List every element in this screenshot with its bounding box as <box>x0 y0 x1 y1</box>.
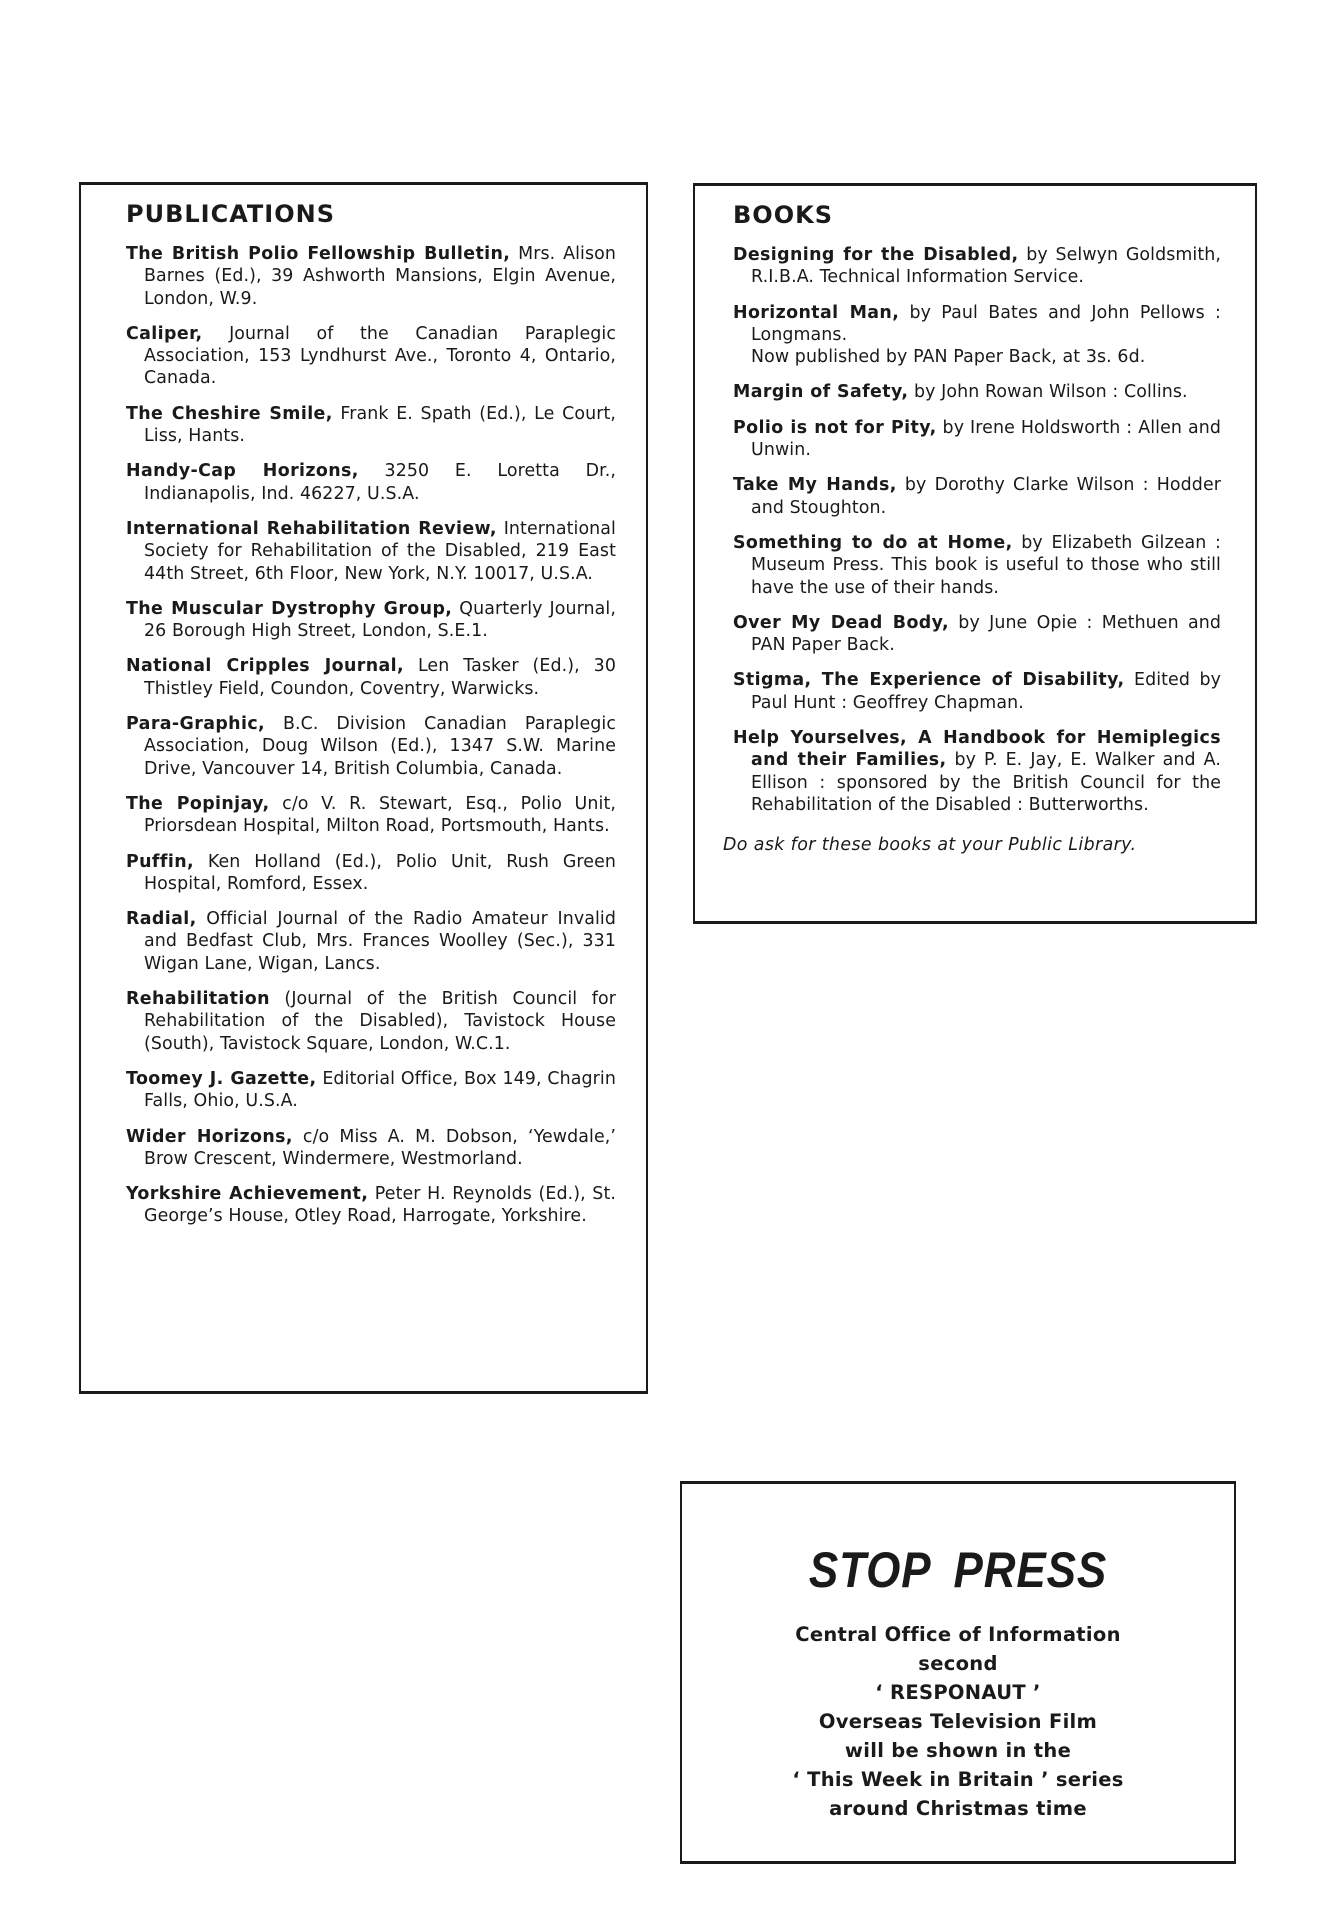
list-item: Radial, Official Journal of the Radio Am… <box>126 908 616 975</box>
list-item: The Cheshire Smile, Frank E. Spath (Ed.)… <box>126 403 616 448</box>
item-title: The Muscular Dystrophy Group, <box>126 599 452 619</box>
stop-press-line: Overseas Television Film <box>682 1707 1234 1736</box>
stop-press-line: ‘ RESPONAUT ’ <box>682 1678 1234 1707</box>
stop-press-line: around Christmas time <box>682 1794 1234 1823</box>
publications-list: The British Polio Fellowship Bulletin, M… <box>126 243 616 1228</box>
item-title: Toomey J. Gazette, <box>126 1069 316 1089</box>
stop-press-body: Central Office of Informationsecond‘ RES… <box>682 1620 1234 1823</box>
books-footnote: Do ask for these books at your Public Li… <box>723 834 1221 856</box>
list-item: Para-Graphic, B.C. Division Canadian Par… <box>126 713 616 780</box>
books-heading: BOOKS <box>733 200 1221 230</box>
item-details: Official Journal of the Radio Amateur In… <box>144 909 616 974</box>
list-item: The Muscular Dystrophy Group, Quarterly … <box>126 598 616 643</box>
item-title: The Popinjay, <box>126 794 270 814</box>
list-item: Take My Hands, by Dorothy Clarke Wilson … <box>733 474 1221 519</box>
stop-press-line: second <box>682 1649 1234 1678</box>
item-title: Take My Hands, <box>733 475 897 495</box>
books-box: BOOKS Designing for the Disabled, by Sel… <box>693 183 1257 924</box>
list-item: Polio is not for Pity, by Irene Holdswor… <box>733 417 1221 462</box>
list-item: Rehabilitation (Journal of the British C… <box>126 988 616 1055</box>
list-item: Yorkshire Achievement, Peter H. Reynolds… <box>126 1183 616 1228</box>
list-item: Help Yourselves, A Handbook for Hemipleg… <box>733 727 1221 816</box>
stop-press-box: STOP PRESS Central Office of Information… <box>680 1481 1236 1864</box>
item-title: Radial, <box>126 909 197 929</box>
item-title: Wider Horizons, <box>126 1127 293 1147</box>
list-item: Designing for the Disabled, by Selwyn Go… <box>733 244 1221 289</box>
item-title: Polio is not for Pity, <box>733 418 937 438</box>
list-item: Horizontal Man, by Paul Bates and John P… <box>733 302 1221 369</box>
item-title: Caliper, <box>126 324 203 344</box>
item-title: International Rehabilitation Review, <box>126 519 497 539</box>
publications-box: PUBLICATIONS The British Polio Fellowshi… <box>79 182 648 1394</box>
list-item: Stigma, The Experience of Disability, Ed… <box>733 669 1221 714</box>
item-details: by John Rowan Wilson : Collins. <box>908 382 1187 402</box>
books-list: Designing for the Disabled, by Selwyn Go… <box>733 244 1221 816</box>
stop-press-line: will be shown in the <box>682 1736 1234 1765</box>
item-title: Handy-Cap Horizons, <box>126 461 359 481</box>
item-details: Journal of the Canadian Paraplegic Assoc… <box>144 324 616 389</box>
item-details: Ken Holland (Ed.), Polio Unit, Rush Gree… <box>144 852 616 894</box>
stop-press-line: Central Office of Information <box>682 1620 1234 1649</box>
item-title: The British Polio Fellowship Bulletin, <box>126 244 510 264</box>
item-title: National Cripples Journal, <box>126 656 404 676</box>
stop-press-line: ‘ This Week in Britain ’ series <box>682 1765 1234 1794</box>
list-item: Handy-Cap Horizons, 3250 E. Loretta Dr.,… <box>126 460 616 505</box>
stop-press-heading: STOP PRESS <box>715 1540 1201 1600</box>
item-title: Something to do at Home, <box>733 533 1013 553</box>
list-item: Puffin, Ken Holland (Ed.), Polio Unit, R… <box>126 851 616 896</box>
item-title: Stigma, The Experience of Disability, <box>733 670 1125 690</box>
item-title: Rehabilitation <box>126 989 270 1009</box>
item-title: Horizontal Man, <box>733 303 899 323</box>
list-item: National Cripples Journal, Len Tasker (E… <box>126 655 616 700</box>
list-item: International Rehabilitation Review, Int… <box>126 518 616 585</box>
item-note: Now published by PAN Paper Back, at 3s. … <box>751 346 1221 368</box>
list-item: Caliper, Journal of the Canadian Paraple… <box>126 323 616 390</box>
item-title: Margin of Safety, <box>733 382 908 402</box>
item-title: Designing for the Disabled, <box>733 245 1019 265</box>
list-item: Wider Horizons, c/o Miss A. M. Dobson, ‘… <box>126 1126 616 1171</box>
list-item: Margin of Safety, by John Rowan Wilson :… <box>733 381 1221 403</box>
item-title: The Cheshire Smile, <box>126 404 333 424</box>
publications-heading: PUBLICATIONS <box>126 199 616 229</box>
list-item: Over My Dead Body, by June Opie : Methue… <box>733 612 1221 657</box>
item-title: Puffin, <box>126 852 194 872</box>
item-title: Yorkshire Achievement, <box>126 1184 368 1204</box>
list-item: Something to do at Home, by Elizabeth Gi… <box>733 532 1221 599</box>
list-item: The British Polio Fellowship Bulletin, M… <box>126 243 616 310</box>
item-title: Over My Dead Body, <box>733 613 949 633</box>
list-item: Toomey J. Gazette, Editorial Office, Box… <box>126 1068 616 1113</box>
item-title: Para-Graphic, <box>126 714 265 734</box>
list-item: The Popinjay, c/o V. R. Stewart, Esq., P… <box>126 793 616 838</box>
